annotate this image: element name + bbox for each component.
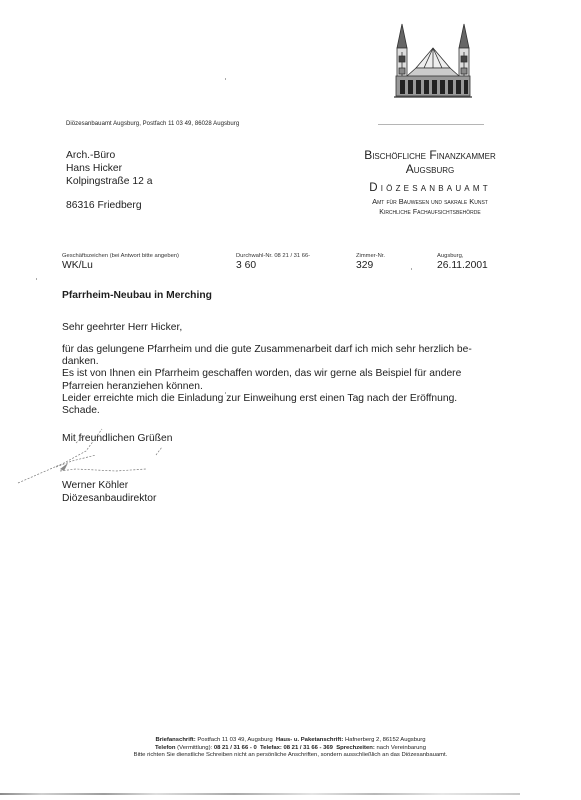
body-line: Es ist von Ihnen ein Pfarrheim geschaffe… [62, 368, 552, 380]
recipient-line-2: Hans Hicker [66, 163, 122, 174]
letter-body: für das gelungene Pfarrheim und die gute… [62, 344, 552, 417]
signer-title: Diözesanbaudirektor [62, 493, 156, 504]
footer-value: 08 21 / 31 66 - 369 [283, 745, 332, 751]
signer-name: Werner Köhler [62, 480, 128, 491]
scan-edge-line [0, 793, 520, 795]
recipient-address: Arch.-Büro Hans Hicker Kolpingstraße 12 … [66, 149, 152, 212]
recipient-city: 86316 Friedberg [66, 199, 152, 212]
reference-room: Zimmer-Nr. 329 [356, 252, 385, 272]
authority-line-1: Bischöfliche Finanzkammer [334, 148, 526, 162]
body-line: für das gelungene Pfarrheim und die gute… [62, 344, 552, 356]
body-line: Pfarreien heranziehen können. [62, 381, 552, 393]
footer-value: (Vermittlung): [177, 745, 212, 751]
footer-line-1: Briefanschrift: Postfach 11 03 49, Augsb… [0, 737, 581, 745]
recipient-line-1: Arch.-Büro [66, 150, 115, 161]
reference-value: WK/Lu [62, 260, 179, 272]
body-line: Leider erreichte mich die Einladung zur … [62, 393, 552, 405]
authority-line-3: Diözesanbauamt [334, 181, 526, 196]
letter-subject: Pfarrheim-Neubau in Merching [62, 290, 212, 301]
scan-speck [411, 268, 412, 270]
footer-label: Briefanschrift: [155, 737, 195, 743]
reference-value: 26.11.2001 [437, 260, 488, 272]
authority-line-5: Kirchliche Fachaufsichtsbehörde [334, 207, 526, 218]
sender-return-address: Diözesanbauamt Augsburg, Postfach 11 03 … [66, 121, 239, 127]
scan-speck [225, 392, 226, 394]
signer-block: Werner Köhler Diözesanbaudirektor [62, 480, 156, 505]
body-line: Schade. [62, 405, 552, 417]
reference-value: 329 [356, 260, 385, 272]
footer-label: Telefon [155, 745, 176, 751]
reference-date: Augsburg, 26.11.2001 [437, 252, 488, 272]
authority-line-4: Amt für Bauwesen und sakrale Kunst [334, 196, 526, 207]
letter-footer: Briefanschrift: Postfach 11 03 49, Augsb… [0, 737, 581, 760]
footer-value: 08 21 / 31 66 - 0 [214, 745, 257, 751]
footer-line-3: Bitte richten Sie dienstliche Schreiben … [0, 752, 581, 760]
reference-label: Durchwahl-Nr. 08 21 / 31 66- [236, 252, 310, 260]
scan-speck [36, 278, 37, 280]
recipient-line-3: Kolpingstraße 12 a [66, 176, 152, 187]
salutation: Sehr geehrter Herr Hicker, [62, 322, 182, 333]
reference-value: 3 60 [236, 260, 310, 272]
body-line: danken. [62, 356, 552, 368]
reference-label: Augsburg, [437, 252, 488, 260]
church-icon [388, 22, 478, 104]
authority-line-2: Augsburg [334, 162, 526, 177]
reference-extension: Durchwahl-Nr. 08 21 / 31 66- 3 60 [236, 252, 310, 272]
logo-divider [378, 124, 484, 125]
scan-speck [225, 78, 226, 80]
footer-value: Hafnerberg 2, 86152 Augsburg [345, 737, 426, 743]
reference-label: Zimmer-Nr. [356, 252, 385, 260]
footer-label: Telefax: [260, 745, 282, 751]
reference-file-number: Geschäftszeichen (bei Antwort bitte ange… [62, 252, 179, 272]
footer-value: Postfach 11 03 49, Augsburg [197, 737, 272, 743]
reference-label: Geschäftszeichen (bei Antwort bitte ange… [62, 252, 179, 260]
footer-value: nach Vereinbarung [377, 745, 426, 751]
authority-block: Bischöfliche Finanzkammer Augsburg Diöze… [334, 148, 526, 218]
footer-line-2: Telefon (Vermittlung): 08 21 / 31 66 - 0… [0, 745, 581, 753]
footer-label: Sprechzeiten: [336, 745, 375, 751]
footer-label: Haus- u. Paketanschrift: [276, 737, 343, 743]
